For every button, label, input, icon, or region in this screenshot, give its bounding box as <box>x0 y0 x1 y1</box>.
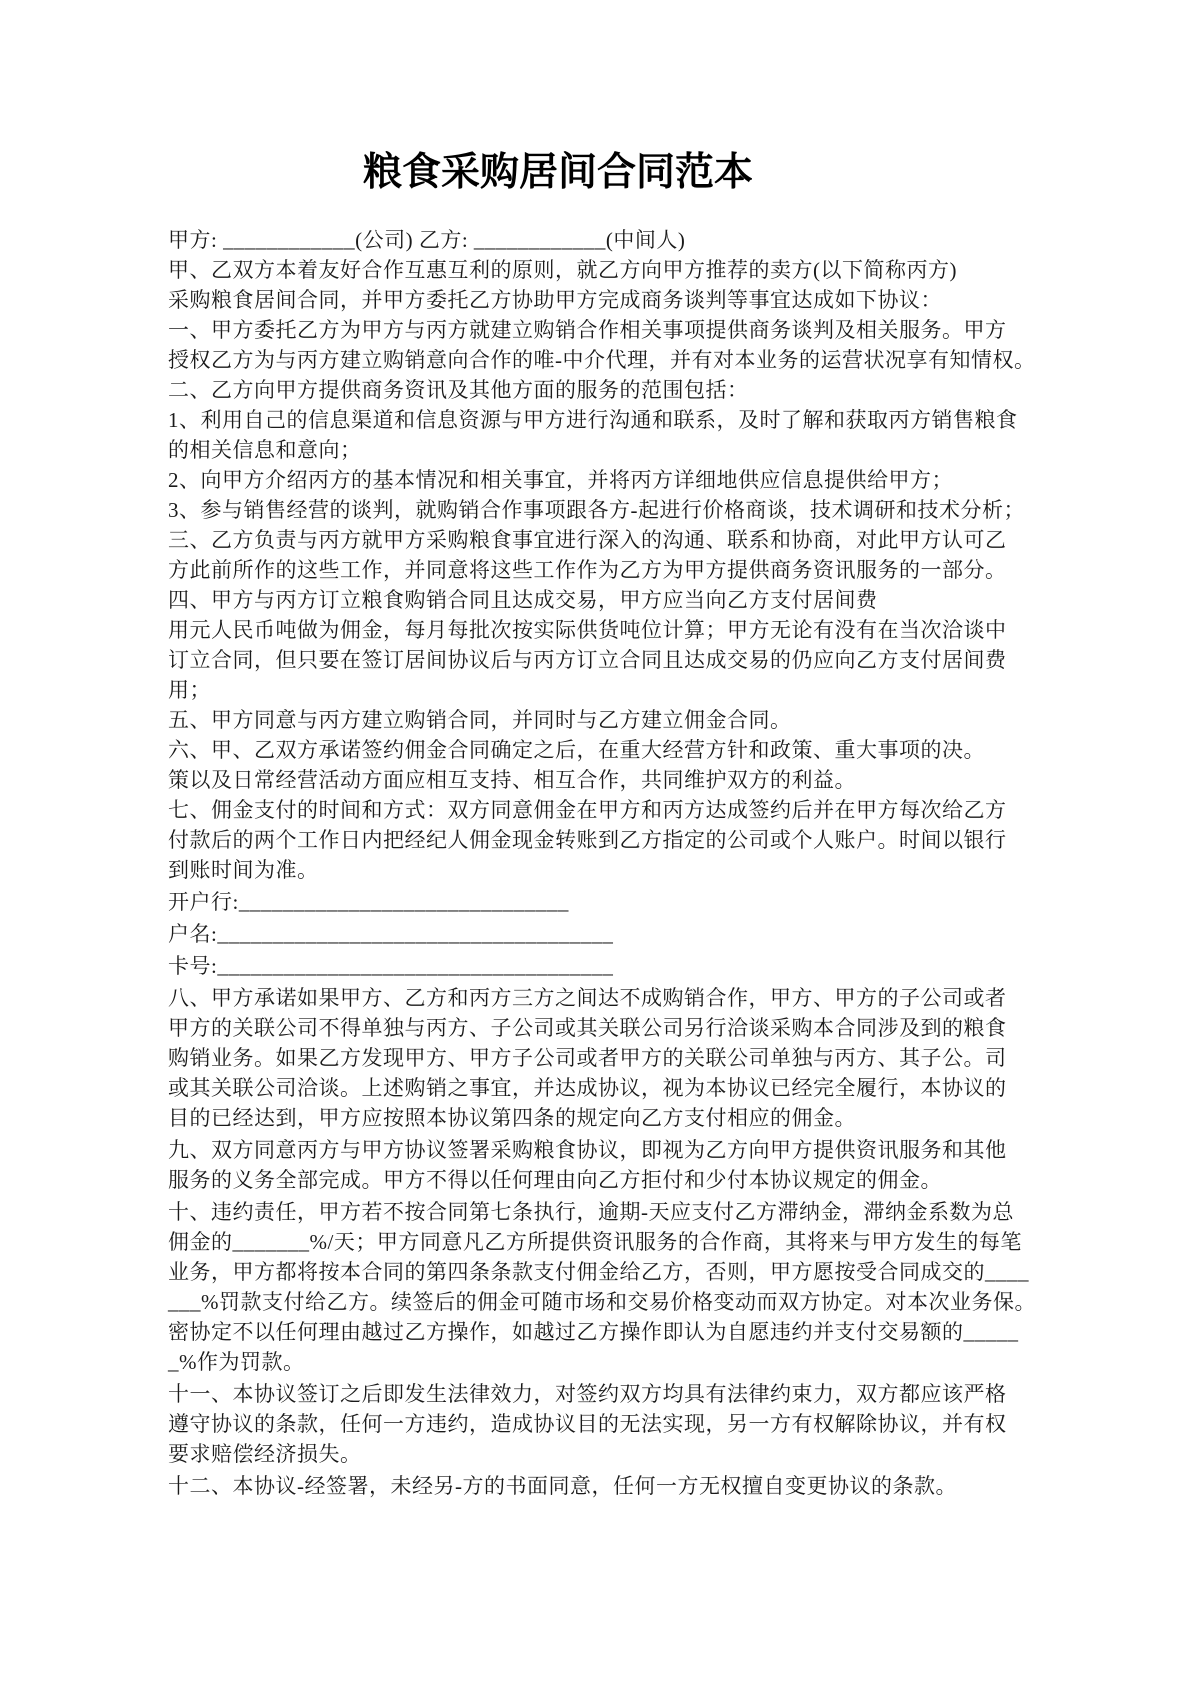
clause-10-paragraph: 十、违约责任，甲方若不按合同第七条执行，逾期-天应支付乙方滞纳金，滞纳金系数为总… <box>168 1197 1173 1377</box>
preamble-paragraph: 甲、乙双方本着友好合作互惠互利的原则，就乙方向甲方推荐的卖方(以下简称丙方) 采… <box>168 255 1173 315</box>
clause-4-paragraph: 四、甲方与丙方订立粮食购销合同且达成交易，甲方应当向乙方支付居间费 用元人民币吨… <box>168 585 1173 705</box>
clause-12-paragraph: 十二、本协议-经签署，未经另-方的书面同意，任何一方无权擅自变更协议的条款。 <box>168 1471 1173 1501</box>
clause-8-paragraph: 八、甲方承诺如果甲方、乙方和丙方三方之间达不成购销合作，甲方、甲方的子公司或者 … <box>168 983 1173 1133</box>
clause-2-item-3: 3、参与销售经营的谈判，就购销合作事项跟各方-起进行价格商谈，技术调研和技术分析… <box>168 495 1173 525</box>
clause-6-paragraph: 六、甲、乙双方承诺签约佣金合同确定之后，在重大经营方针和政策、重大事项的决。 策… <box>168 735 1173 795</box>
clause-2-paragraph: 二、乙方向甲方提供商务资讯及其他方面的服务的范围包括： <box>168 375 1173 405</box>
clause-11-paragraph: 十一、本协议签订之后即发生法律效力，对签约双方均具有法律约束力，双方都应该严格 … <box>168 1379 1173 1469</box>
clause-3-paragraph: 三、乙方负责与丙方就甲方采购粮食事宜进行深入的沟通、联系和协商，对此甲方认可乙 … <box>168 525 1173 585</box>
bank-name-blank-line: 开户行:______________________________ <box>168 887 1173 917</box>
clause-9-paragraph: 九、双方同意丙方与甲方协议签署采购粮食协议，即视为乙方向甲方提供资讯服务和其他 … <box>168 1135 1173 1195</box>
document-title: 粮食采购居间合同范本 <box>118 150 998 196</box>
clause-1-paragraph: 一、甲方委托乙方为甲方与丙方就建立购销合作相关事项提供商务谈判及相关服务。甲方 … <box>168 315 1173 375</box>
contract-content: 粮食采购居间合同范本 甲方: ____________(公司) 乙方: ____… <box>168 150 1173 1501</box>
clause-2-item-2: 2、向甲方介绍丙方的基本情况和相关事宜，并将丙方详细地供应信息提供给甲方； <box>168 465 1173 495</box>
contract-document-page: 粮食采购居间合同范本 甲方: ____________(公司) 乙方: ____… <box>0 0 1190 1683</box>
card-number-blank-line: 卡号:____________________________________ <box>168 951 1173 981</box>
parties-line: 甲方: ____________(公司) 乙方: ____________(中间… <box>168 225 1173 255</box>
clause-2-item-1: 1、利用自己的信息渠道和信息资源与甲方进行沟通和联系，及时了解和获取丙方销售粮食… <box>168 405 1173 465</box>
account-name-blank-line: 户名:____________________________________ <box>168 919 1173 949</box>
clause-7-paragraph: 七、佣金支付的时间和方式：双方同意佣金在甲方和丙方达成签约后并在甲方每次给乙方 … <box>168 795 1173 885</box>
clause-5-paragraph: 五、甲方同意与丙方建立购销合同，并同时与乙方建立佣金合同。 <box>168 705 1173 735</box>
